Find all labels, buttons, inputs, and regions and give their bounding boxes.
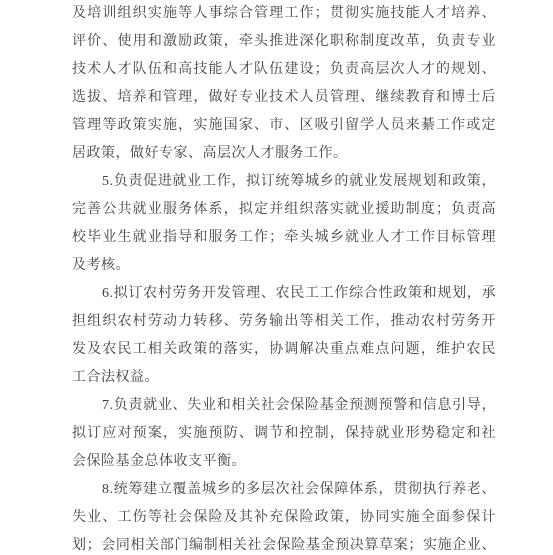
text-line: 选拔、培养和管理，做好专业技术人员管理、继续教育和博士后 xyxy=(72,84,496,112)
text-line: 会保险基金总体收支平衡。 xyxy=(72,448,496,476)
text-line: 校毕业生就业指导和服务工作；牵头城乡就业人才工作目标管理 xyxy=(72,224,496,252)
text-line: 拟订应对预案，实施预防、调节和控制，保持就业形势稳定和社 xyxy=(72,420,496,448)
text-line: 失业、工伤等社会保险及其补充保险政策，协同实施全面参保计 xyxy=(72,504,496,532)
text-line: 评价、使用和激励政策，牵头推进深化职称制度改革，负责专业 xyxy=(72,28,496,56)
text-line: 7.负责就业、失业和相关社会保险基金预测预警和信息引导， xyxy=(72,392,496,420)
text-line: 发及农民工相关政策的落实，协调解决重点难点问题，维护农民 xyxy=(72,336,496,364)
text-line: 及培训组织实施等人事综合管理工作；贯彻实施技能人才培养、 xyxy=(72,0,496,28)
text-line: 及考核。 xyxy=(72,252,496,280)
text-line: 6.拟订农村劳务开发管理、农民工工作综合性政策和规划，承 xyxy=(72,280,496,308)
text-line: 技术人才队伍和高技能人才队伍建设；负责高层次人才的规划、 xyxy=(72,56,496,84)
text-line: 居政策，做好专家、高层次人才服务工作。 xyxy=(72,140,496,168)
text-line: 管理等政策实施，实施国家、市、区吸引留学人员来綦工作或定 xyxy=(72,112,496,140)
document-text-block: 及培训组织实施等人事综合管理工作；贯彻实施技能人才培养、评价、使用和激励政策，牵… xyxy=(72,0,496,555)
text-line: 工合法权益。 xyxy=(72,364,496,392)
text-line: 8.统筹建立覆盖城乡的多层次社会保障体系，贯彻执行养老、 xyxy=(72,476,496,504)
text-line: 完善公共就业服务体系，拟定并组织落实就业援助制度；负责高 xyxy=(72,196,496,224)
text-line: 担组织农村劳动力转移、劳务输出等相关工作，推动农村劳务开 xyxy=(72,308,496,336)
document-page: 及培训组织实施等人事综合管理工作；贯彻实施技能人才培养、评价、使用和激励政策，牵… xyxy=(0,0,553,555)
text-line: 5.负责促进就业工作，拟订统筹城乡的就业发展规划和政策， xyxy=(72,168,496,196)
text-line: 划；会同相关部门编制相关社会保险基金预决算草案；实施企业、 xyxy=(72,532,496,555)
